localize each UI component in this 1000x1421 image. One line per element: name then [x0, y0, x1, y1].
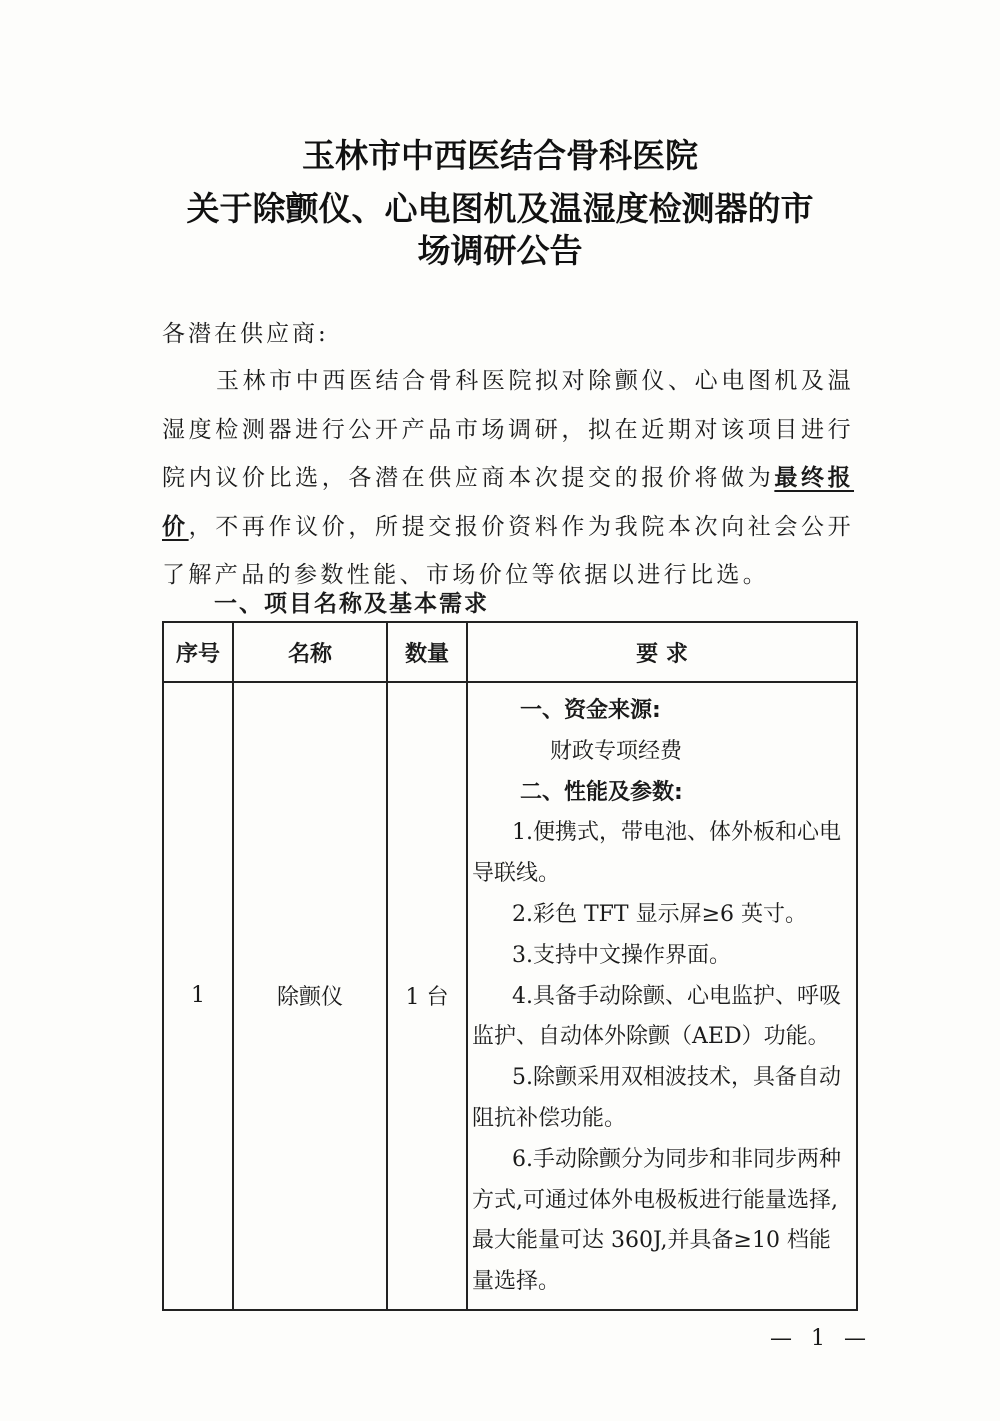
section-heading: 一、项目名称及基本需求 [214, 585, 489, 618]
document-title-line-1: 玉林市中西医结合骨科医院 [0, 130, 1000, 177]
funding-value: 财政专项经费 [472, 732, 850, 773]
table-header-row: 序号 名称 数量 要 求 [163, 622, 857, 682]
body-text-after: ，不再作议价，所提交报价资料作为我院本次向社会公开了解产品的参数性能、市场价位等… [162, 514, 854, 589]
table-row: 1 除颤仪 1 台 一、资金来源: 财政专项经费 二、性能及参数: 1.便携式，… [163, 682, 857, 1310]
salutation: 各潜在供应商: [162, 315, 329, 348]
cell-no: 1 [163, 682, 233, 1310]
body-paragraph: 玉林市中西医结合骨科医院拟对除颤仪、心电图机及温湿度检测器进行公开产品市场调研，… [162, 357, 854, 600]
cell-qty: 1 台 [387, 682, 467, 1310]
funding-heading: 一、资金来源: [472, 691, 850, 732]
param-item-2: 2.彩色 TFT 显示屏≥6 英寸。 [472, 895, 850, 936]
page-number: — 1 — [770, 1326, 872, 1351]
header-no: 序号 [163, 622, 233, 682]
param-item-1: 1.便携式，带电池、体外板和心电导联线。 [472, 813, 850, 895]
params-heading: 二、性能及参数: [472, 773, 850, 814]
requirements-table: 序号 名称 数量 要 求 1 除颤仪 1 台 一、资金来源: 财政专项经费 二、… [162, 621, 858, 1311]
param-item-4: 4.具备手动除颤、心电监护、呼吸监护、自动体外除颤（AED）功能。 [472, 977, 850, 1059]
document-title-line-3: 场调研公告 [0, 225, 1000, 272]
param-item-6: 6.手动除颤分为同步和非同步两种方式,可通过体外电极板进行能量选择,最大能量可达… [472, 1140, 850, 1303]
header-qty: 数量 [387, 622, 467, 682]
param-item-5: 5.除颤采用双相波技术，具备自动阻抗补偿功能。 [472, 1058, 850, 1140]
cell-name: 除颤仪 [233, 682, 387, 1310]
header-requirements: 要 求 [467, 622, 857, 682]
header-name: 名称 [233, 622, 387, 682]
body-text-before: 玉林市中西医结合骨科医院拟对除颤仪、心电图机及温湿度检测器进行公开产品市场调研，… [162, 368, 854, 491]
document-title-line-2: 关于除颤仪、心电图机及温湿度检测器的市 [0, 183, 1000, 230]
cell-requirements: 一、资金来源: 财政专项经费 二、性能及参数: 1.便携式，带电池、体外板和心电… [467, 682, 857, 1310]
param-item-3: 3.支持中文操作界面。 [472, 936, 850, 977]
